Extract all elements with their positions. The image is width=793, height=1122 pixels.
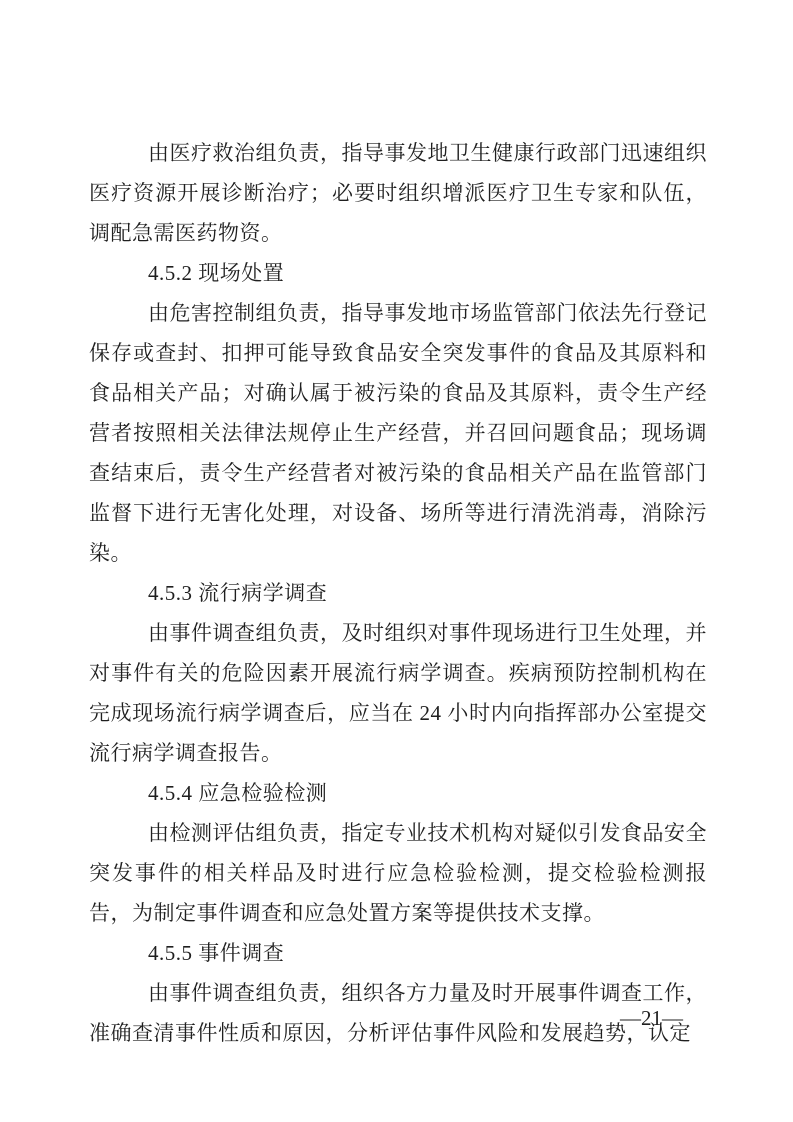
- body-paragraph: 由危害控制组负责，指导事发地市场监管部门依法先行登记保存或查封、扣押可能导致食品…: [89, 293, 707, 573]
- section-heading: 4.5.5 事件调查: [89, 933, 707, 973]
- body-paragraph: 由医疗救治组负责，指导事发地卫生健康行政部门迅速组织医疗资源开展诊断治疗；必要时…: [89, 133, 707, 253]
- section-heading: 4.5.3 流行病学调查: [89, 573, 707, 613]
- document-page: 由医疗救治组负责，指导事发地卫生健康行政部门迅速组织医疗资源开展诊断治疗；必要时…: [0, 0, 793, 1122]
- body-paragraph: 由事件调查组负责，组织各方力量及时开展事件调查工作，准确查清事件性质和原因，分析…: [89, 973, 707, 1053]
- body-paragraph: 由检测评估组负责，指定专业技术机构对疑似引发食品安全突发事件的相关样品及时进行应…: [89, 813, 707, 933]
- section-heading: 4.5.2 现场处置: [89, 253, 707, 293]
- page-number: —21—: [620, 1002, 683, 1034]
- section-heading: 4.5.4 应急检验检测: [89, 773, 707, 813]
- body-paragraph: 由事件调查组负责，及时组织对事件现场进行卫生处理，并对事件有关的危险因素开展流行…: [89, 613, 707, 773]
- document-body: 由医疗救治组负责，指导事发地卫生健康行政部门迅速组织医疗资源开展诊断治疗；必要时…: [89, 133, 707, 1053]
